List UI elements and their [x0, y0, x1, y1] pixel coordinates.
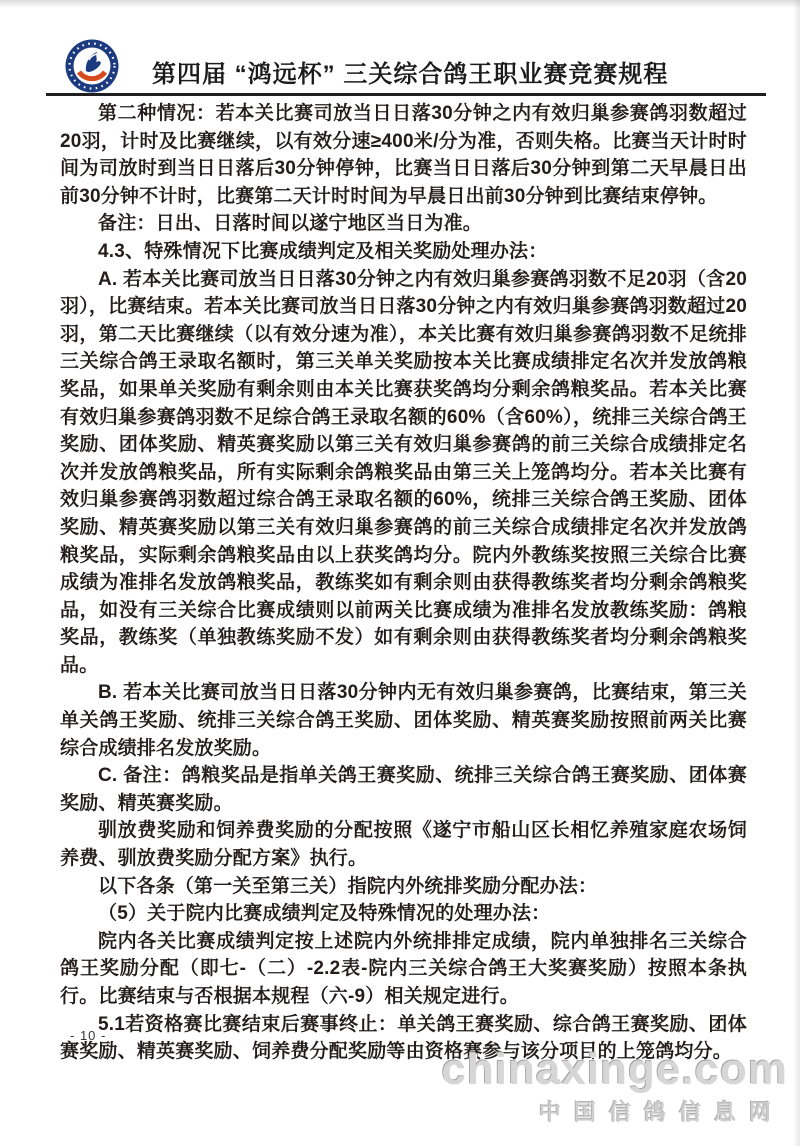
paragraph: 备注：日出、日落时间以遂宁地区当日为准。	[60, 210, 747, 238]
watermark: chinaxinge.com 中国信鸽信息网	[441, 1048, 788, 1124]
header-divider	[46, 93, 766, 96]
paragraph: B. 若本关比赛司放当日日落30分钟内无有效归巢参赛鸽，比赛结束，第三关单关鸽王…	[60, 679, 747, 762]
scan-artifact-top	[0, 0, 800, 8]
paragraph: 第二种情况：若本关比赛司放当日日落30分钟之内有效归巢参赛鸽羽数超过20羽，计时…	[60, 100, 747, 210]
paragraph: 院内各关比赛成绩判定按上述院内外统排排定成绩，院内单独排名三关综合鸽王奖励分配（…	[60, 928, 747, 1011]
paragraph: （5）关于院内比赛成绩判定及特殊情况的处理办法：	[60, 900, 747, 928]
paragraph: A. 若本关比赛司放当日日落30分钟之内有效归巢参赛鸽羽数不足20羽（含20羽）…	[60, 266, 747, 680]
page-title: 第四届 “鸿远杯” 三关综合鸽王职业赛竞赛规程	[152, 54, 668, 89]
scanned-document-page: 第四届 “鸿远杯” 三关综合鸽王职业赛竞赛规程 第二种情况：若本关比赛司放当日日…	[0, 0, 800, 1146]
paragraph: C. 备注：鸽粮奖品是指单关鸽王赛奖励、统排三关综合鸽王赛奖励、团体赛奖励、精英…	[60, 762, 747, 817]
scan-artifact-right	[793, 0, 800, 1146]
paragraph: 驯放费奖励和饲养费奖励的分配按照《遂宁市船山区长相忆养殖家庭农场饲养费、驯放费奖…	[60, 817, 747, 872]
paragraph: 4.3、特殊情况下比赛成绩判定及相关奖励处理办法：	[60, 238, 747, 266]
watermark-site-name: 中国信鸽信息网	[441, 1102, 784, 1124]
paragraph: 以下各条（第一关至第三关）指院内外统排奖励分配办法：	[60, 873, 747, 901]
document-body: 第二种情况：若本关比赛司放当日日落30分钟之内有效归巢参赛鸽羽数超过20羽，计时…	[60, 100, 747, 1066]
pigeon-club-emblem-icon	[64, 38, 120, 94]
watermark-site-text: chinaxinge.com	[441, 1048, 788, 1092]
page-number: - 10 -	[70, 1028, 106, 1043]
